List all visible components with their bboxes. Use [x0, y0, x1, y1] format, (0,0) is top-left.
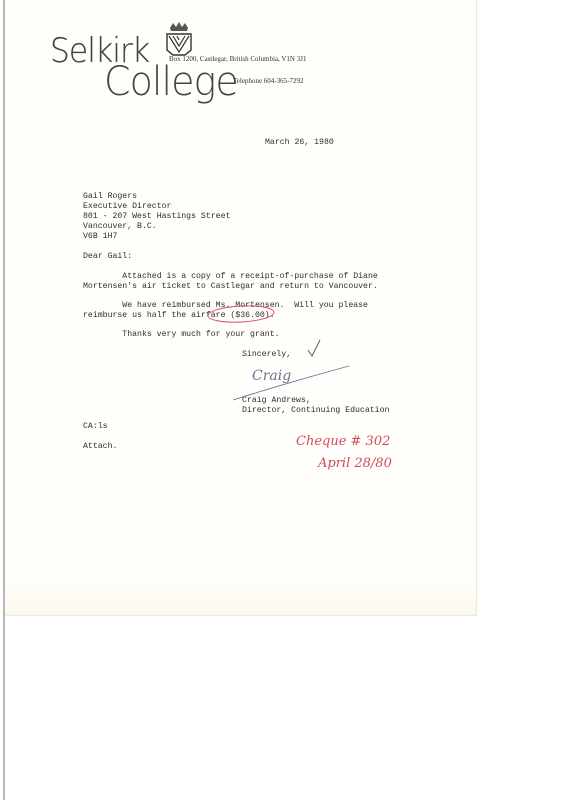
signature-stroke — [233, 366, 349, 400]
checkmark-icon — [308, 340, 320, 356]
pen-marks — [0, 0, 565, 800]
amount-circle — [208, 304, 275, 323]
